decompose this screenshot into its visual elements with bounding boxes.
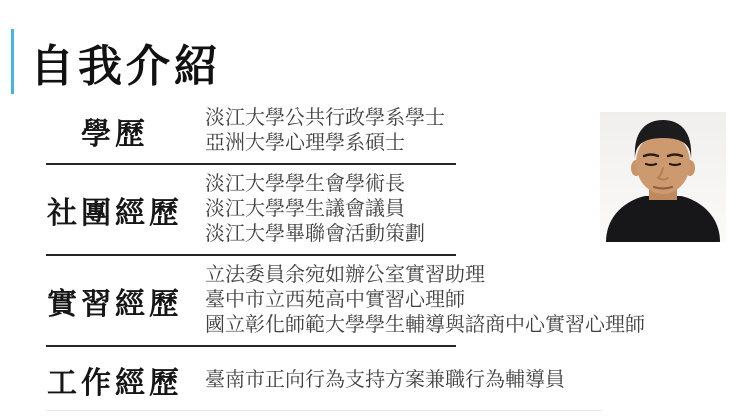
section-label: 實習經歷 — [40, 279, 190, 323]
slide: 自我介紹 學歷淡江大學公共行政學系學士亞洲大學心理學系碩士社團經歷淡江大學學生會… — [0, 0, 744, 420]
section-items: 淡江大學學生會學術長淡江大學學生議會議員淡江大學畢聯會活動策劃 — [190, 172, 665, 247]
section-item: 淡江大學公共行政學系學士 — [205, 106, 665, 131]
section-item: 臺中市立西苑高中實習心理師 — [205, 288, 665, 313]
resume-table: 學歷淡江大學公共行政學系學士亞洲大學心理學系碩士社團經歷淡江大學學生會學術長淡江… — [40, 98, 665, 411]
section-row-3: 工作經歷臺南市正向行為支持方案兼職行為輔導員 — [40, 346, 665, 410]
section-row-1: 社團經歷淡江大學學生會學術長淡江大學學生議會議員淡江大學畢聯會活動策劃 — [40, 164, 665, 255]
section-item: 臺南市正向行為支持方案兼職行為輔導員 — [205, 368, 665, 393]
section-row-2: 實習經歷立法委員余宛如辦公室實習助理臺中市立西苑高中實習心理師國立彰化師範大學學… — [40, 255, 665, 346]
portrait-illustration — [600, 112, 726, 242]
page-title: 自我介紹 — [30, 30, 222, 94]
section-item: 淡江大學學生會學術長 — [205, 172, 665, 197]
section-label: 社團經歷 — [40, 188, 190, 232]
section-label: 工作經歷 — [40, 358, 190, 402]
section-items: 臺南市正向行為支持方案兼職行為輔導員 — [190, 368, 665, 393]
section-row-0: 學歷淡江大學公共行政學系學士亞洲大學心理學系碩士 — [40, 98, 665, 164]
title-accent-bar — [11, 29, 14, 94]
section-item: 立法委員余宛如辦公室實習助理 — [205, 263, 665, 288]
section-items: 立法委員余宛如辦公室實習助理臺中市立西苑高中實習心理師國立彰化師範大學學生輔導與… — [190, 263, 665, 338]
section-item: 國立彰化師範大學學生輔導與諮商中心實習心理師 — [205, 313, 665, 338]
section-item: 淡江大學學生議會議員 — [205, 197, 665, 222]
section-items: 淡江大學公共行政學系學士亞洲大學心理學系碩士 — [190, 106, 665, 156]
section-item: 淡江大學畢聯會活動策劃 — [205, 222, 665, 247]
profile-photo — [600, 112, 726, 242]
section-item: 亞洲大學心理學系碩士 — [205, 131, 665, 156]
section-label: 學歷 — [40, 109, 190, 153]
